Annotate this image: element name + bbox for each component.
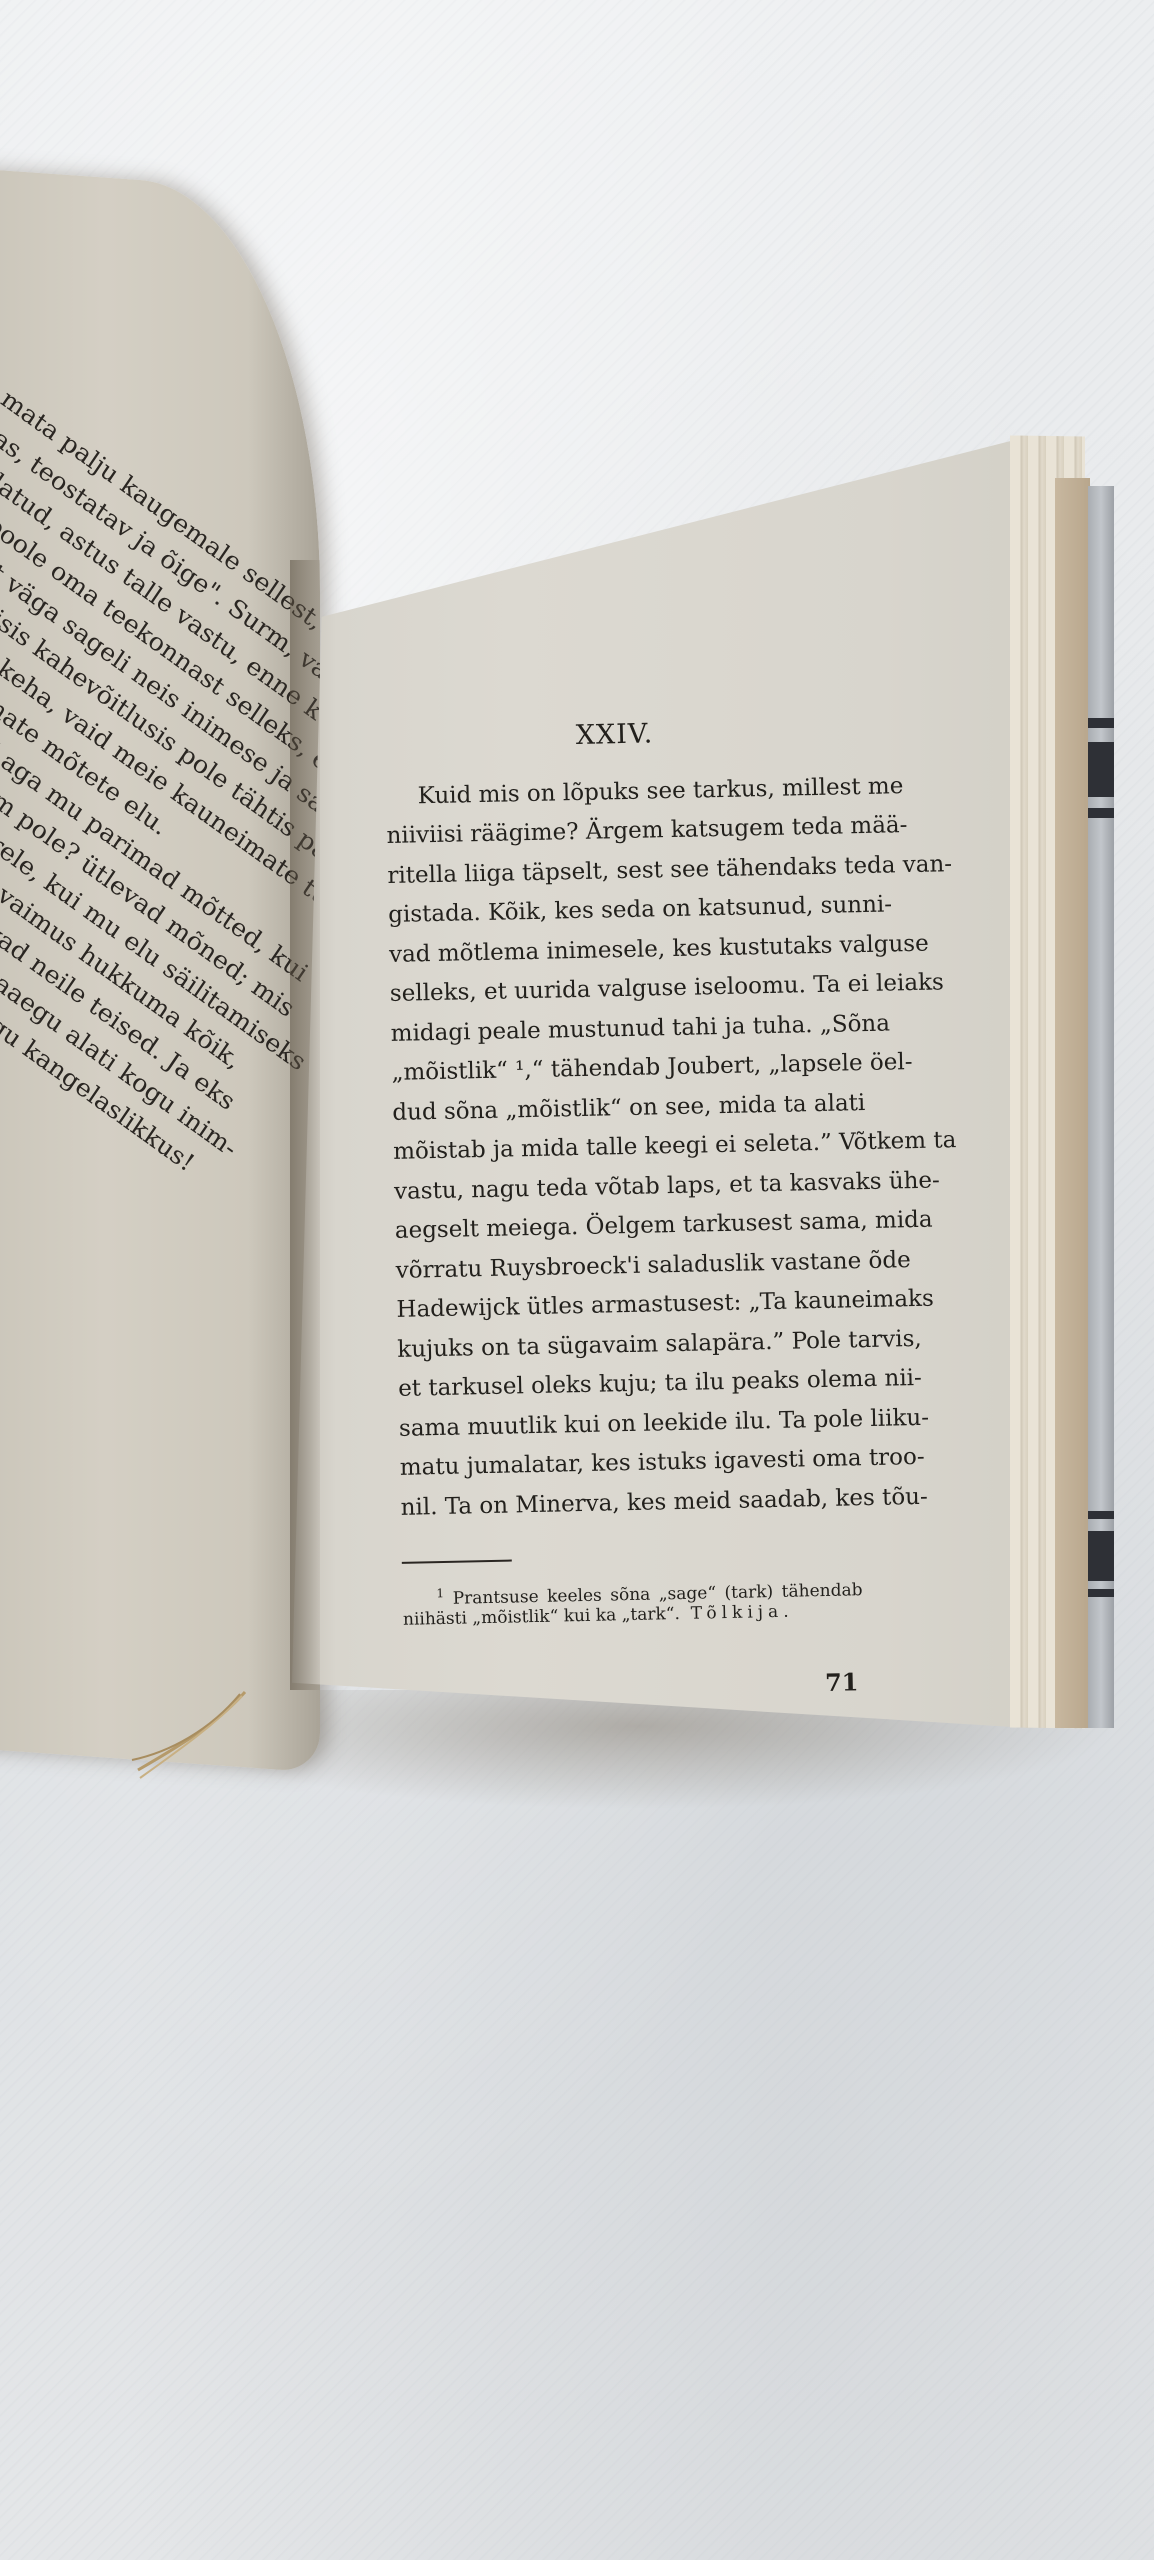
page-block-edge — [1055, 478, 1090, 1728]
spine-band — [1088, 1589, 1114, 1597]
spine-band — [1088, 808, 1114, 818]
book-spine — [1088, 486, 1114, 1728]
translator-tag: Tõlkija. — [691, 1602, 794, 1624]
spine-band — [1088, 742, 1114, 797]
spine-band — [1088, 718, 1114, 728]
paragraph: Kuid mis on lõpuks see tarkus, millest m… — [385, 768, 861, 1528]
right-page-text: XXIV. Kuid mis on lõpuks see tarkus, mil… — [384, 702, 865, 1711]
footnote-divider — [402, 1560, 512, 1564]
bookmark-ribbon-icon — [130, 1690, 250, 1780]
book-gutter — [290, 560, 320, 1690]
left-page-text: mata palju kaugemale sellest, mis tundus… — [0, 381, 320, 1091]
chapter-title: XXIV. — [384, 710, 845, 759]
spine-band — [1088, 1531, 1114, 1581]
left-page: mata palju kaugemale sellest, mis tundus… — [0, 167, 320, 1772]
footnote: 1 Prantsuse keeles sõna „sage“ (tark) tä… — [402, 1580, 863, 1630]
spine-band — [1088, 1511, 1114, 1519]
footnote-marker: 1 — [436, 1586, 444, 1600]
